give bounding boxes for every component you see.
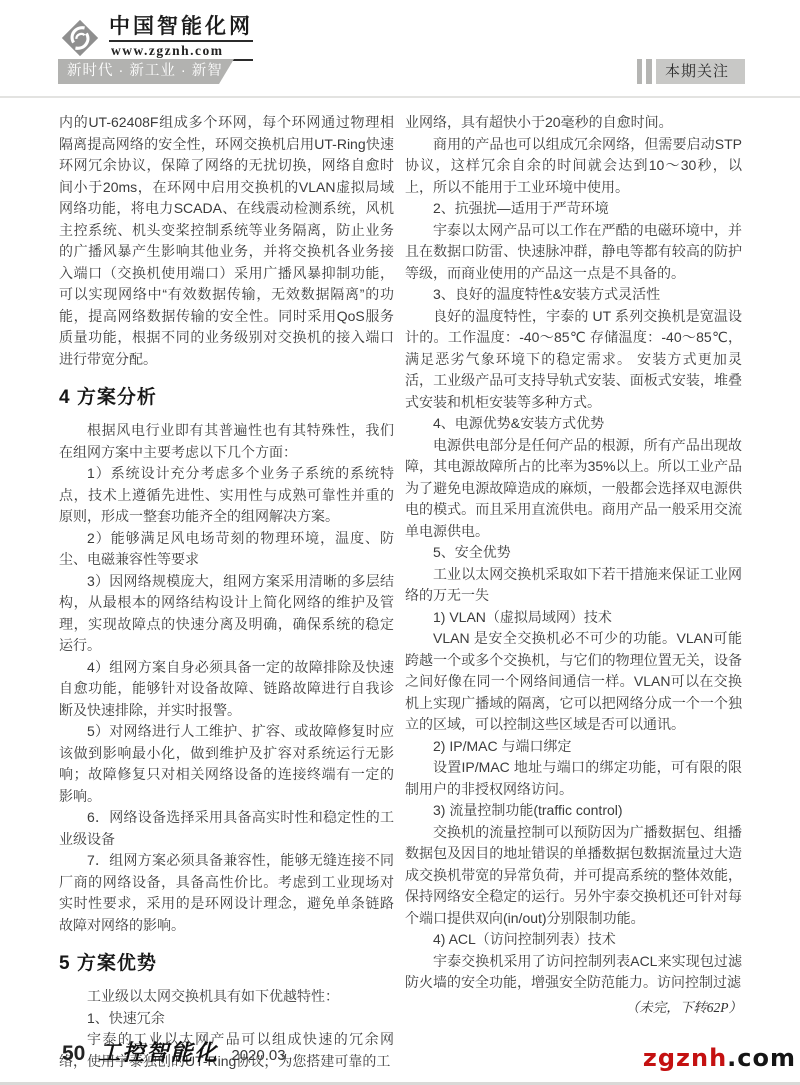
paragraph: 4、电源优势&安装方式优势 — [405, 413, 742, 435]
site-watermark: zgznh.com — [643, 1044, 796, 1072]
site-url: www.zgznh.com — [109, 40, 253, 61]
slogan-banner: 新时代 · 新工业 · 新智能 — [58, 59, 234, 84]
section-accent-bar — [646, 59, 652, 84]
paragraph: 4）组网方案自身必须具备一定的故障排除及快速自愈功能，能够针对设备故障、链路故障… — [59, 657, 394, 722]
paragraph: 6．网络设备选择采用具备高实时性和稳定性的工业级设备 — [59, 807, 394, 850]
section-heading: 4 方案分析 — [59, 385, 394, 411]
paragraph: 3）因网络规模庞大，组网方案采用清晰的多层结构，从最根本的网络结构设计上简化网络… — [59, 571, 394, 657]
paragraph: 7．组网方案必须具备兼容性，能够无缝连接不同厂商的网络设备，具备高性价比。考虑到… — [59, 850, 394, 936]
page-number: 50 — [62, 1042, 85, 1066]
watermark-suffix: .com — [727, 1044, 796, 1072]
paragraph: 1) VLAN（虚拟局域网）技术 — [405, 607, 742, 629]
paragraph: 设置IP/MAC 地址与端口的绑定功能，可有限的限制用户的非授权网络访问。 — [405, 757, 742, 800]
paragraph: 工业级以太网交换机具有如下优越特性： — [59, 986, 394, 1008]
section-label: 本期关注 — [656, 59, 745, 84]
watermark-highlight: zgznh — [643, 1044, 727, 1072]
magazine-name-logo: 工控智能化 — [98, 1036, 218, 1067]
diamond-swirl-logo-icon — [58, 16, 102, 60]
page-footer: 50 工控智能化 2020.03 — [62, 1036, 286, 1067]
paragraph: 3、良好的温度特性&安装方式灵活性 — [405, 284, 742, 306]
site-name: 中国智能化网 — [109, 15, 253, 39]
site-logo: 中国智能化网 www.zgznh.com — [58, 15, 253, 61]
article-column-left: 内的UT-62408F组成多个环网，每个环网通过物理相隔离提高网络的安全性，环网… — [59, 112, 394, 1072]
paragraph: VLAN 是安全交换机必不可少的功能。VLAN可能跨越一个或多个交换机，与它们的… — [405, 628, 742, 736]
header-divider — [0, 96, 800, 98]
paragraph: 业网络，具有超快小于20毫秒的自愈时间。 — [405, 112, 742, 134]
paragraph: 交换机的流量控制可以预防因为广播数据包、组播数据包及因目的地址错误的单播数据包数… — [405, 822, 742, 930]
paragraph: 商用的产品也可以组成冗余网络，但需要启动STP协议，这样冗余自余的时间就会达到1… — [405, 134, 742, 199]
magazine-page: 中国智能化网 www.zgznh.com 新时代 · 新工业 · 新智能 本期关… — [0, 0, 800, 1085]
paragraph: 1、快速冗余 — [59, 1008, 394, 1030]
paragraph: 宇泰交换机采用了访问控制列表ACL来实现包过滤防火墙的安全功能，增强安全防范能力… — [405, 951, 742, 994]
paragraph: 2）能够满足风电场苛刻的物理环境，温度、防尘、电磁兼容性等要求 — [59, 528, 394, 571]
paragraph: 2、抗强扰—适用于严苛环境 — [405, 198, 742, 220]
section-accent-bar — [637, 59, 642, 84]
paragraph: 3) 流量控制功能(traffic control) — [405, 800, 742, 822]
section-heading: 5 方案优势 — [59, 951, 394, 977]
article-column-right: 业网络，具有超快小于20毫秒的自愈时间。商用的产品也可以组成冗余网络，但需要启动… — [405, 112, 742, 1018]
issue-date: 2020.03 — [231, 1047, 285, 1064]
paragraph: 4) ACL（访问控制列表）技术 — [405, 929, 742, 951]
paragraph: 1）系统设计充分考虑多个业务子系统的系统特点，技术上遵循先进性、实用性与成熟可靠… — [59, 463, 394, 528]
paragraph: 宇泰以太网产品可以工作在严酷的电磁环境中，并且在数据口防雷、快速脉冲群，静电等都… — [405, 220, 742, 285]
paragraph: 电源供电部分是任何产品的根源，所有产品出现故障，其电源故障所占的比率为35%以上… — [405, 435, 742, 543]
paragraph: 5、安全优势 — [405, 542, 742, 564]
logo-text-block: 中国智能化网 www.zgznh.com — [109, 15, 253, 61]
paragraph: 5）对网络进行人工维护、扩容、或故障修复时应该做到影响最小化，做到维护及扩容对系… — [59, 721, 394, 807]
paragraph: 2) IP/MAC 与端口绑定 — [405, 736, 742, 758]
paragraph: 良好的温度特性，宇泰的 UT 系列交换机是宽温设计的。工作温度：-40～85℃ … — [405, 306, 742, 414]
paragraph: 根据风电行业即有其普遍性也有其特殊性，我们在组网方案中主要考虑以下几个方面： — [59, 420, 394, 463]
continuation-note: （未完，下转62P） — [405, 997, 742, 1019]
paragraph: 内的UT-62408F组成多个环网，每个环网通过物理相隔离提高网络的安全性，环网… — [59, 112, 394, 370]
paragraph: 工业以太网交换机采取如下若干措施来保证工业网络的万无一失 — [405, 564, 742, 607]
